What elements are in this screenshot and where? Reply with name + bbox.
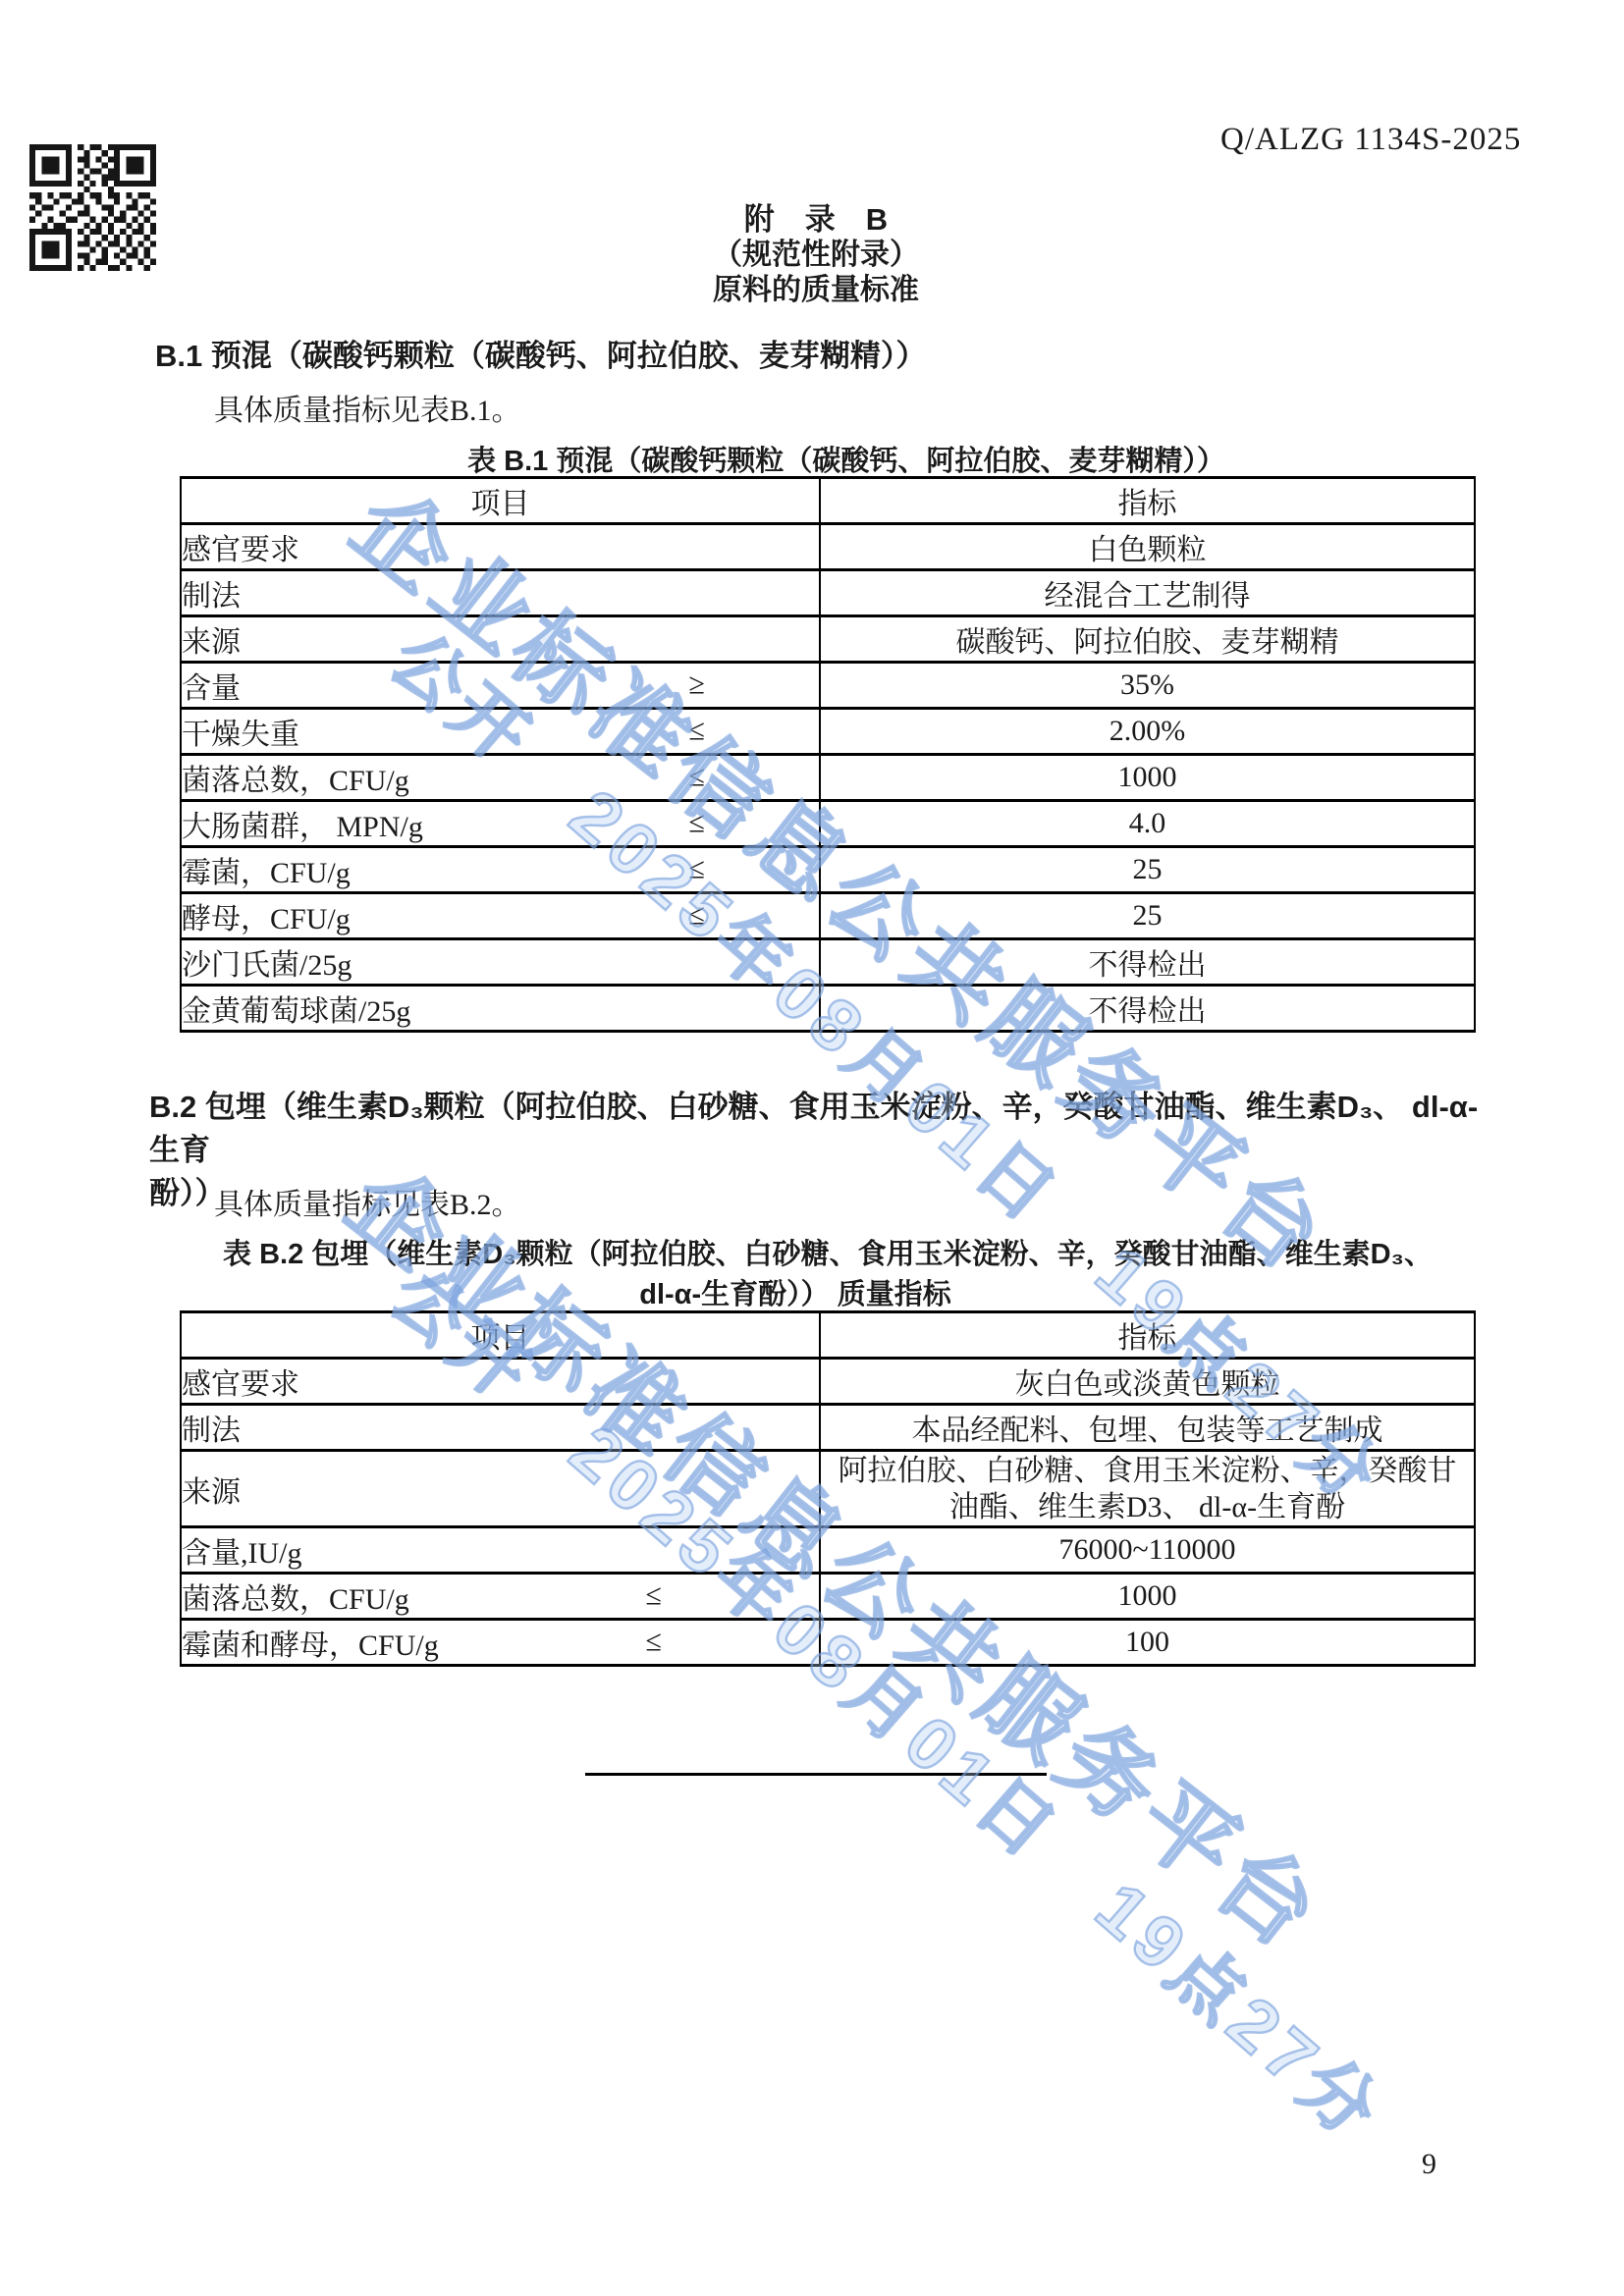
table-row: 感官要求 白色颗粒 <box>181 524 1475 570</box>
item-label: 来源 <box>182 1476 241 1509</box>
value-cell: 白色颗粒 <box>820 524 1475 570</box>
item-label: 含量 <box>182 672 241 705</box>
appendix-heading: 原料的质量标准 <box>0 265 1624 308</box>
item-label: 金黄葡萄球菌/25g <box>182 995 410 1028</box>
value-cell: 不得检出 <box>820 939 1475 986</box>
value-cell: 碳酸钙、阿拉伯胶、麦芽糊精 <box>820 616 1475 663</box>
table-row: 干燥失重≤ 2.00% <box>181 709 1475 755</box>
table-row: 制法 本品经配料、包埋、包装等工艺制成 <box>181 1405 1475 1451</box>
section-b1-heading: B.1 预混（碳酸钙颗粒（碳酸钙、阿拉伯胶、麦芽糊精）） <box>155 331 926 375</box>
doc-number: Q/ALZG 1134S-2025 <box>1220 122 1521 158</box>
column-header-item: 项目 <box>181 478 820 524</box>
table-b2: 项目 指标 感官要求 灰白色或淡黄色颗粒 制法 本品经配料、包埋、包装等工艺制成… <box>180 1310 1476 1667</box>
value-cell: 25 <box>820 893 1475 939</box>
table-row: 含量≥ 35% <box>181 663 1475 709</box>
table-b2-caption-line1: 表 B.2 包埋（维生素D₃颗粒（阿拉伯胶、白砂糖、食用玉米淀粉、辛，癸酸甘油酯… <box>183 1232 1473 1272</box>
limit-symbol: ≥ <box>689 667 705 701</box>
table-b1: 项目 指标 感官要求 白色颗粒 制法 经混合工艺制得 来源 碳酸钙、阿拉伯胶、麦… <box>180 476 1476 1033</box>
section-b1-intro: 具体质量指标见表B.1。 <box>214 386 521 429</box>
value-cell: 100 <box>820 1620 1475 1666</box>
limit-symbol: ≤ <box>646 1578 662 1612</box>
section-b2-intro: 具体质量指标见表B.2。 <box>214 1180 521 1223</box>
table-header-row: 项目 指标 <box>181 1312 1475 1359</box>
table-row: 来源 碳酸钙、阿拉伯胶、麦芽糊精 <box>181 616 1475 663</box>
table-row: 感官要求 灰白色或淡黄色颗粒 <box>181 1359 1475 1405</box>
value-cell: 76000~110000 <box>820 1527 1475 1574</box>
item-label: 含量,IU/g <box>182 1537 302 1570</box>
column-header-value: 指标 <box>820 1312 1475 1359</box>
table-row: 霉菌，CFU/g≤ 25 <box>181 847 1475 893</box>
item-label: 菌落总数，CFU/g <box>182 765 409 797</box>
limit-symbol: ≤ <box>689 760 705 793</box>
item-label: 菌落总数，CFU/g <box>182 1583 409 1616</box>
table-row: 菌落总数，CFU/g≤ 1000 <box>181 1574 1475 1620</box>
table-row: 来源 阿拉伯胶、白砂糖、食用玉米淀粉、辛，癸酸甘 油酯、维生素D3、 dl-α-… <box>181 1451 1475 1527</box>
value-cell: 2.00% <box>820 709 1475 755</box>
value-cell: 35% <box>820 663 1475 709</box>
value-cell: 本品经配料、包埋、包装等工艺制成 <box>820 1405 1475 1451</box>
item-label: 酵母，CFU/g <box>182 903 351 935</box>
value-cell: 灰白色或淡黄色颗粒 <box>820 1359 1475 1405</box>
item-label: 霉菌和酵母，CFU/g <box>182 1629 439 1662</box>
item-label: 制法 <box>182 580 241 613</box>
value-cell: 阿拉伯胶、白砂糖、食用玉米淀粉、辛，癸酸甘 油酯、维生素D3、 dl-α-生育酚 <box>820 1451 1475 1527</box>
table-row: 霉菌和酵母，CFU/g≤ 100 <box>181 1620 1475 1666</box>
value-cell: 4.0 <box>820 801 1475 847</box>
limit-symbol: ≤ <box>689 714 705 747</box>
table-row: 大肠菌群， MPN/g≤ 4.0 <box>181 801 1475 847</box>
table-row: 酵母，CFU/g≤ 25 <box>181 893 1475 939</box>
limit-symbol: ≤ <box>689 806 705 839</box>
item-label: 霉菌，CFU/g <box>182 857 351 889</box>
table-header-row: 项目 指标 <box>181 478 1475 524</box>
table-row: 金黄葡萄球菌/25g 不得检出 <box>181 986 1475 1032</box>
end-divider <box>585 1773 1047 1776</box>
value-cell: 1000 <box>820 755 1475 801</box>
table-row: 含量,IU/g 76000~110000 <box>181 1527 1475 1574</box>
column-header-item: 项目 <box>181 1312 820 1359</box>
value-cell: 不得检出 <box>820 986 1475 1032</box>
item-label: 感官要求 <box>182 534 299 566</box>
item-label: 干燥失重 <box>182 719 299 751</box>
table-row: 制法 经混合工艺制得 <box>181 570 1475 616</box>
limit-symbol: ≤ <box>646 1625 662 1658</box>
value-cell: 经混合工艺制得 <box>820 570 1475 616</box>
item-label: 感官要求 <box>182 1368 299 1401</box>
value-cell: 1000 <box>820 1574 1475 1620</box>
item-label: 来源 <box>182 626 241 659</box>
column-header-value: 指标 <box>820 478 1475 524</box>
item-label: 沙门氏菌/25g <box>182 949 352 982</box>
item-label: 大肠菌群， MPN/g <box>182 811 423 843</box>
table-b1-caption: 表 B.1 预混（碳酸钙颗粒（碳酸钙、阿拉伯胶、麦芽糊精）） <box>223 439 1470 479</box>
table-row: 沙门氏菌/25g 不得检出 <box>181 939 1475 986</box>
table-b2-caption-line2: dl-α-生育酚）） 质量指标 <box>150 1272 1440 1312</box>
document-page: Q/ALZG 1134S-2025 附 录 B （规范性附录） 原料的质量标准 … <box>0 0 1624 2296</box>
item-label: 制法 <box>182 1415 241 1447</box>
value-cell: 25 <box>820 847 1475 893</box>
page-number: 9 <box>1422 2148 1436 2181</box>
limit-symbol: ≤ <box>689 852 705 885</box>
table-row: 菌落总数，CFU/g≤ 1000 <box>181 755 1475 801</box>
limit-symbol: ≤ <box>689 898 705 932</box>
